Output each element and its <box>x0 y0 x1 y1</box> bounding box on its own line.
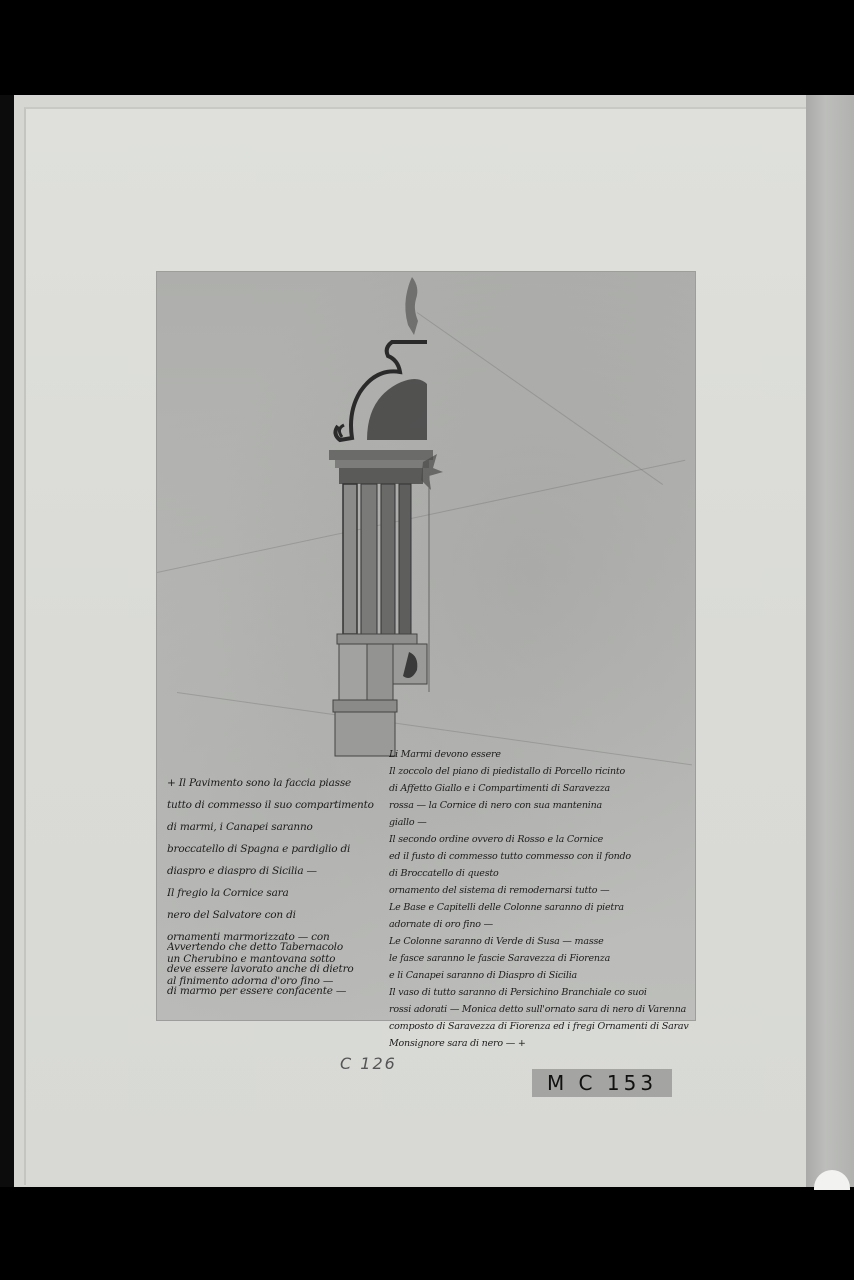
manuscript-line: composto di Saravezza di Fiorenza ed i f… <box>389 1018 689 1035</box>
manuscript-line: tutto di commesso il suo compartimento <box>167 794 387 816</box>
manuscript-line: Monsignore sara di nero — + <box>389 1035 689 1052</box>
manuscript-line: Avvertendo che detto Tabernacolo <box>167 936 387 958</box>
manuscript-line: Il vaso di tutto saranno di Persichino B… <box>389 984 689 1001</box>
altar-drawing <box>307 272 447 762</box>
manuscript-right-block: Li Marmi devono essere Il zoccolo del pi… <box>389 746 689 1052</box>
manuscript-line: di marmi, i Canapei saranno <box>167 816 387 838</box>
manuscript-line: Li Marmi devono essere <box>389 746 689 763</box>
manuscript-line: Il zoccolo del piano di piedistallo di P… <box>389 763 689 780</box>
manuscript-line: le fasce saranno le fascie Saravezza di … <box>389 950 689 967</box>
pencil-inventory-number: C 126 <box>340 1054 397 1073</box>
manuscript-line: + Il Pavimento sono la faccia piasse <box>167 772 387 794</box>
manuscript-line: Il fregio la Cornice sara <box>167 882 387 904</box>
manuscript-line: broccatello di Spagna e pardiglio di <box>167 838 387 860</box>
catalog-label: M C 153 <box>532 1069 672 1097</box>
manuscript-line: giallo — <box>389 814 689 831</box>
drawing-sheet: + Il Pavimento sono la faccia piasse tut… <box>157 272 695 1020</box>
manuscript-line: di Affetto Giallo e i Compartimenti di S… <box>389 780 689 797</box>
film-edge-left <box>0 95 14 1187</box>
mount-right-strip <box>806 95 854 1187</box>
manuscript-line: rossa — la Cornice di nero con sua mante… <box>389 797 689 814</box>
manuscript-line: di Broccatello di questo <box>389 865 689 882</box>
manuscript-line: adornate di oro fino — <box>389 916 689 933</box>
manuscript-line: ed il fusto di commesso tutto commesso c… <box>389 848 689 865</box>
manuscript-line: Le Base e Capitelli delle Colonne sarann… <box>389 899 689 916</box>
manuscript-line: e li Canapei saranno di Diaspro di Sicil… <box>389 967 689 984</box>
manuscript-line: di marmo per essere confacente — <box>167 980 387 1002</box>
manuscript-line: nero del Salvatore con di <box>167 904 387 926</box>
manuscript-line: deve essere lavorato anche di dietro <box>167 958 387 980</box>
manuscript-line: rossi adorati — Monica detto sull'ornato… <box>389 1001 689 1018</box>
manuscript-left-note: Avvertendo che detto Tabernacolo deve es… <box>167 936 387 1002</box>
manuscript-line: Il secondo ordine ovvero di Rosso e la C… <box>389 831 689 848</box>
manuscript-line: Le Colonne saranno di Verde di Susa — ma… <box>389 933 689 950</box>
paper-crease <box>417 312 663 485</box>
manuscript-line: ornamento del sistema di remodernarsi tu… <box>389 882 689 899</box>
manuscript-line: diaspro e diaspro di Sicilia — <box>167 860 387 882</box>
